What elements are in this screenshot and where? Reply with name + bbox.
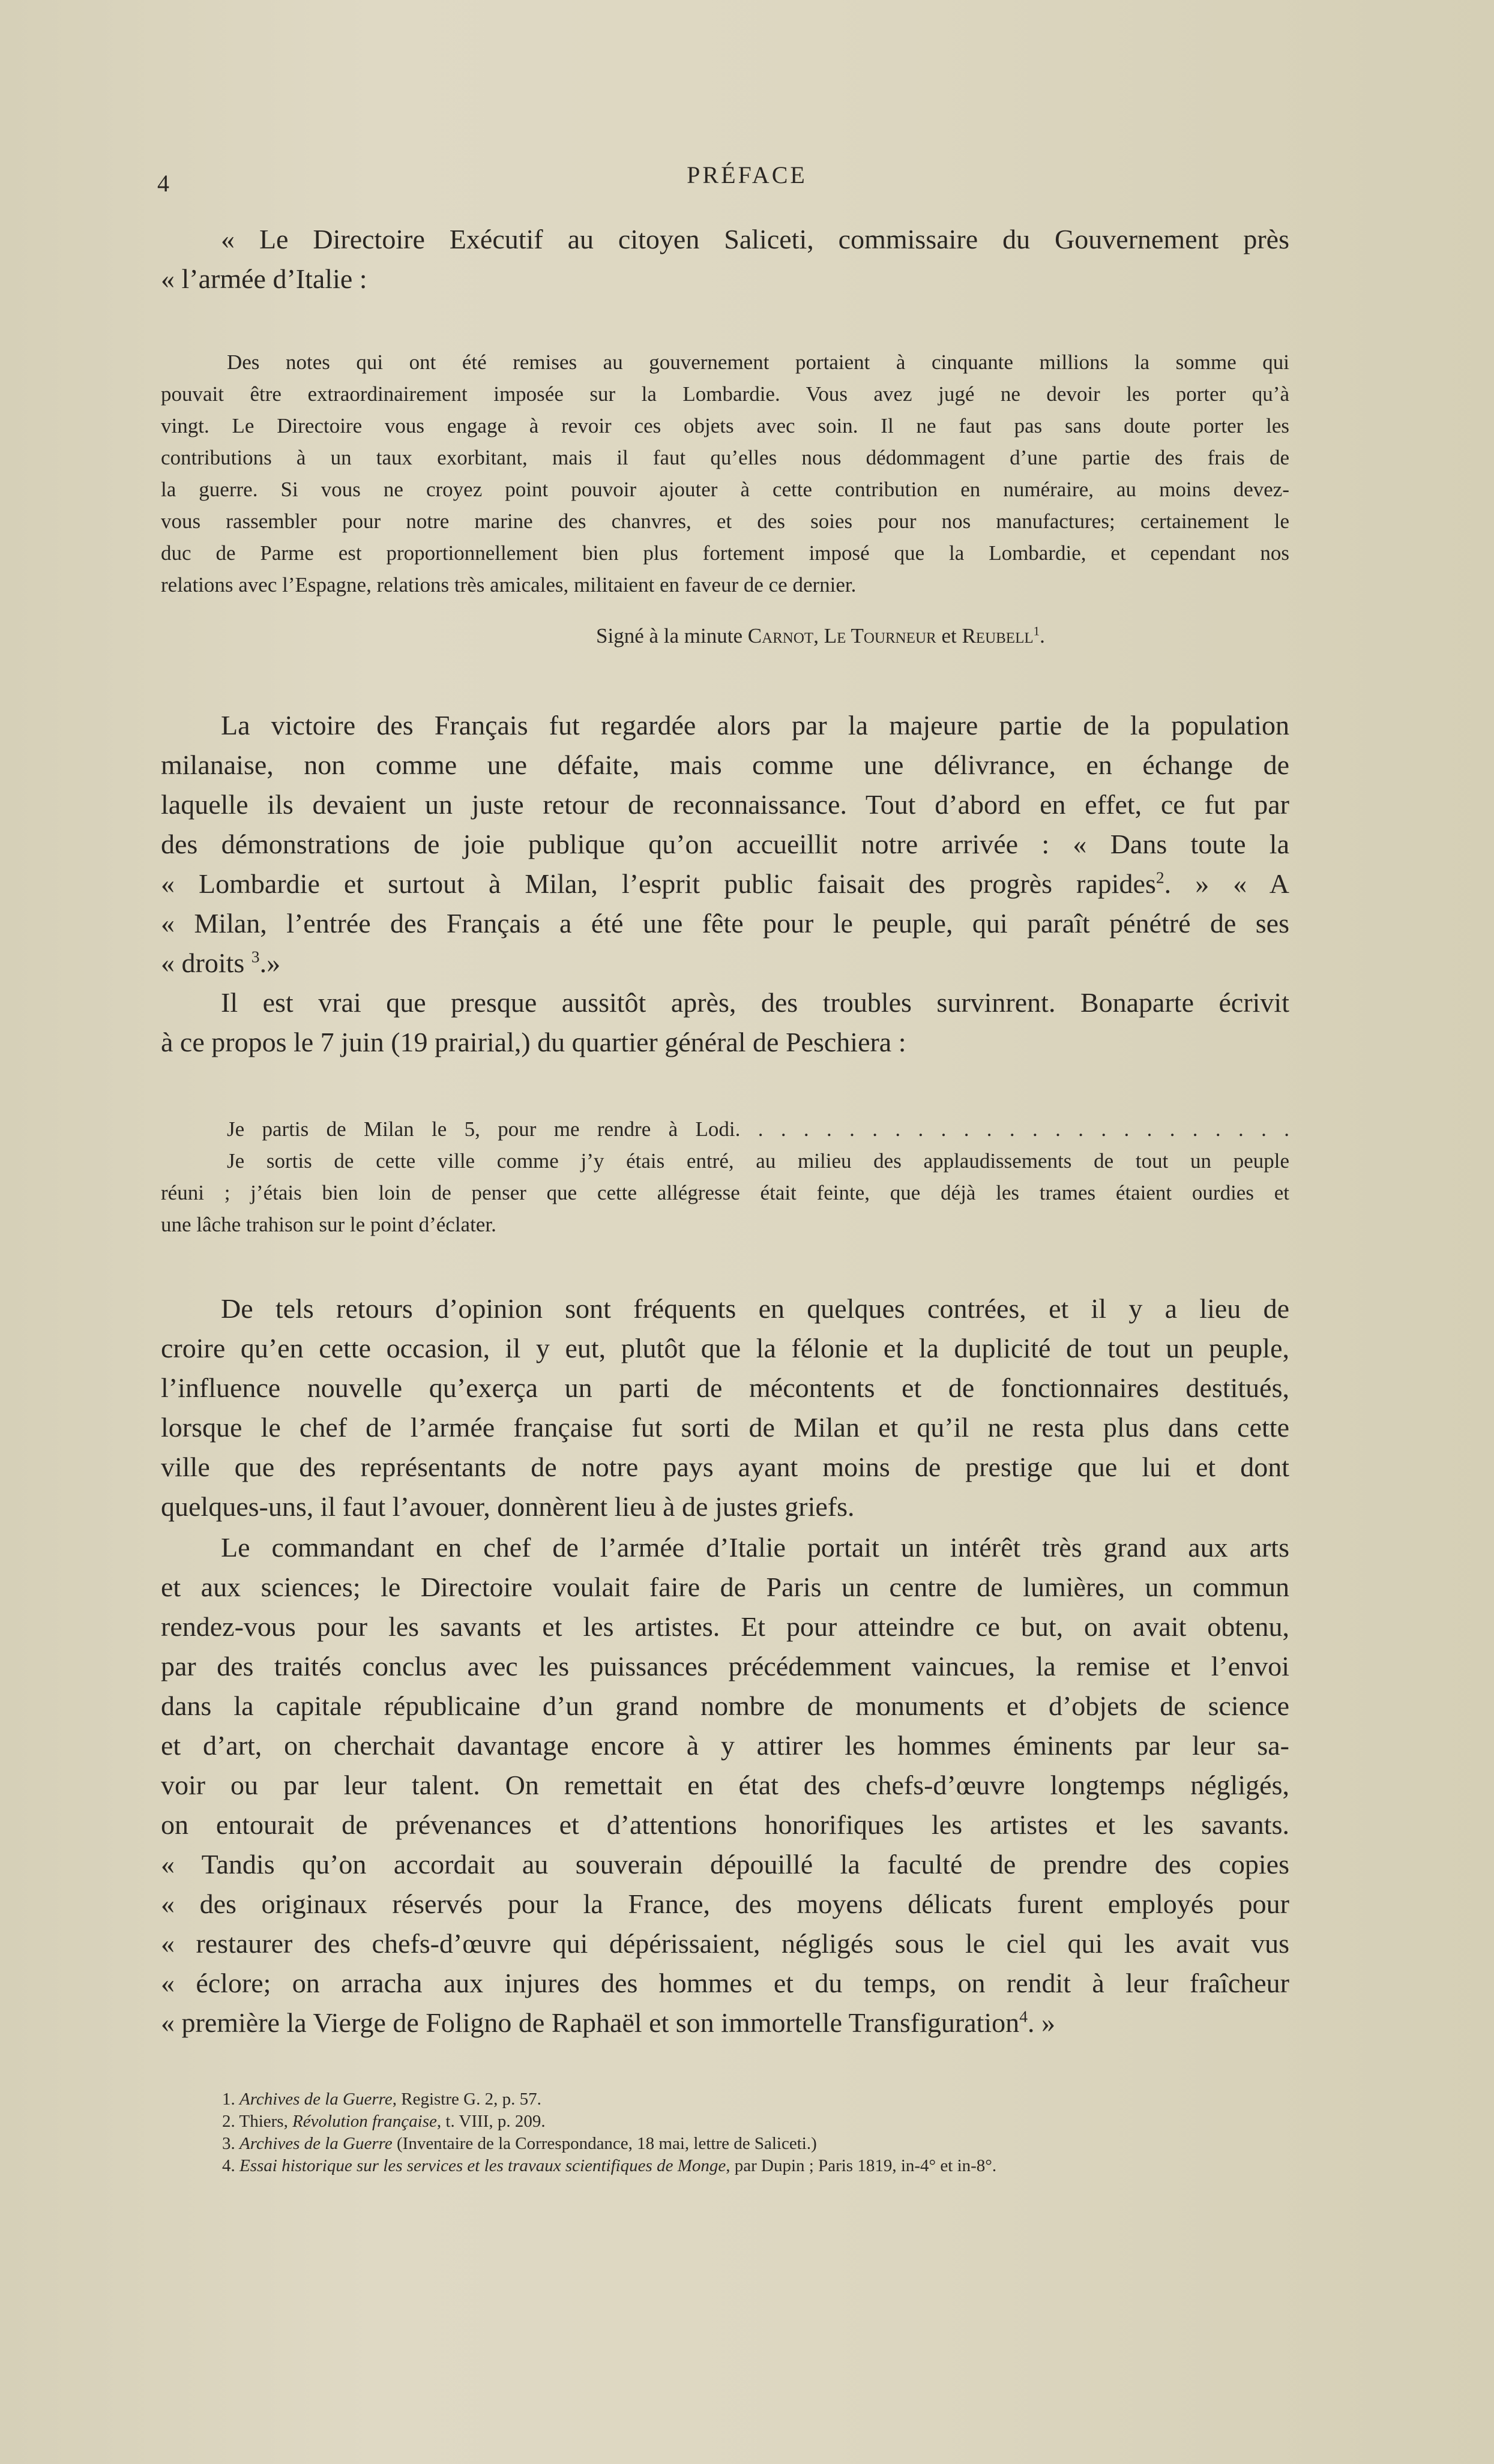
text-line: réuni ; j’étais bien loin de penser que … [161,1177,1289,1209]
directoire-letter: Des notes qui ont été remises au gouvern… [161,346,1289,601]
footnote-number: 1. [222,2090,235,2109]
footnote-ref-2[interactable]: 2 [1156,868,1164,886]
citation-author: Thiers, [239,2112,292,2131]
text-line: lorsque le chef de l’armée française fut… [161,1408,1289,1447]
text: « Lombardie et surtout à Milan, l’esprit… [161,868,1156,899]
text-line: milanaise, non comme une défaite, mais c… [161,745,1289,785]
text-line: croire qu’en cette occasion, il y eut, p… [161,1329,1289,1368]
text: .» [260,948,281,978]
citation-detail: , Registre G. 2, p. 57. [393,2090,541,2109]
text-line: rendez-vous pour les savants et les arti… [161,1607,1289,1647]
footnote-ref-1[interactable]: 1 [1034,624,1040,638]
text-line: laquelle ils devaient un juste retour de… [161,785,1289,825]
text-line: contributions à un taux exorbitant, mais… [161,442,1289,473]
text-line: Des notes qui ont été remises au gouvern… [161,346,1289,378]
text-line: « première la Vierge de Foligno de Rapha… [161,2003,1289,2043]
signatory-le-tourneur: Le Tourneur [824,624,936,648]
text-line: Le commandant en chef de l’armée d’Itali… [161,1528,1289,1567]
text-line: Je partis de Milan le 5, pour me rendre … [161,1113,1289,1145]
text-line: relations avec l’Espagne, relations très… [161,569,1289,601]
text-line: des démonstrations de joie publique qu’o… [161,825,1289,864]
text-line: « Tandis qu’on accordait au souverain dé… [161,1845,1289,1884]
text-line: l’influence nouvelle qu’exerça un parti … [161,1368,1289,1408]
text-line: « Lombardie et surtout à Milan, l’esprit… [161,864,1289,904]
running-title: PRÉFACE [0,161,1494,189]
intro-quote: « Le Directoire Exécutif au citoyen Sali… [161,220,1289,299]
citation-title: Essai historique sur les services et les… [239,2156,726,2175]
citation-detail: , t. VIII, p. 209. [437,2112,546,2131]
text-line: par des traités conclus avec les puissan… [161,1647,1289,1686]
text-line: De tels retours d’opinion sont fréquents… [161,1289,1289,1329]
text-line: pouvait être extraordinairement imposée … [161,378,1289,410]
text: . » [1028,2007,1055,2038]
letter-signature: Signé à la minute Carnot, Le Tourneur et… [596,624,1045,648]
text-line: « des originaux réservés pour la France,… [161,1884,1289,1924]
footnote-ref-3[interactable]: 3 [252,947,260,966]
text-line: quelques-uns, il faut l’avouer, donnèren… [161,1487,1289,1527]
text-line: duc de Parme est proportionnellement bie… [161,537,1289,569]
text-line: Je sortis de cette ville comme j’y étais… [161,1145,1289,1177]
text-line: à ce propos le 7 juin (19 prairial,) du … [161,1023,1289,1062]
text-line: vous rassembler pour notre marine des ch… [161,505,1289,537]
text-line: « restaurer des chefs-d’œuvre qui dépéri… [161,1924,1289,1964]
citation-title: Archives de la Guerre [239,2090,393,2109]
text-line: la guerre. Si vous ne croyez point pouvo… [161,473,1289,505]
text-line: dans la capitale républicaine d’un grand… [161,1686,1289,1726]
footnote-3: 3. Archives de la Guerre (Inventaire de … [222,2133,1303,2155]
text-line: ville que des représentants de notre pay… [161,1447,1289,1487]
text-line: et d’art, on cherchait davantage encore … [161,1726,1289,1765]
signatory-reubell: Reubell [962,624,1033,648]
text-line: « l’armée d’Italie : [161,259,1289,299]
text: « droits [161,948,252,978]
text-line: vingt. Le Directoire vous engage à revoi… [161,410,1289,442]
text: . » « A [1164,868,1289,899]
footnote-1: 1. Archives de la Guerre, Registre G. 2,… [222,2088,1303,2111]
signature-prefix: Signé à la minute [596,624,748,648]
text-line: « Le Directoire Exécutif au citoyen Sali… [161,220,1289,259]
text: « première la Vierge de Foligno de Rapha… [161,2007,1019,2038]
paragraph-troubles: Il est vrai que presque aussitôt après, … [161,983,1289,1062]
bonaparte-quote: Je partis de Milan le 5, pour me rendre … [161,1113,1289,1240]
citation-detail: , par Dupin ; Paris 1819, in-4° et in-8°… [726,2156,996,2175]
footnote-ref-4[interactable]: 4 [1019,2007,1028,2025]
paragraph-victoire: La victoire des Français fut regardée al… [161,706,1289,983]
citation-title: Archives de la Guerre [239,2134,393,2153]
text-line: Il est vrai que presque aussitôt après, … [161,983,1289,1023]
signatory-carnot: Carnot [748,624,813,648]
footnotes: 1. Archives de la Guerre, Registre G. 2,… [222,2088,1303,2177]
footnote-4: 4. Essai historique sur les services et … [222,2155,1303,2177]
text-line: et aux sciences; le Directoire voulait f… [161,1567,1289,1607]
footnote-number: 2. [222,2112,235,2131]
paragraph-opinion: De tels retours d’opinion sont fréquents… [161,1289,1289,1527]
paragraph-arts: Le commandant en chef de l’armée d’Itali… [161,1528,1289,2043]
text-line: une lâche trahison sur le point d’éclate… [161,1209,1289,1240]
footnote-number: 4. [222,2156,235,2175]
text-line: « droits 3.» [161,943,1289,983]
text-line: voir ou par leur talent. On remettait en… [161,1765,1289,1805]
footnote-number: 3. [222,2134,235,2153]
text-line: « éclore; on arracha aux injures des hom… [161,1964,1289,2003]
period: . [1040,624,1045,648]
text-line: « Milan, l’entrée des Français a été une… [161,904,1289,943]
separator: , [813,624,824,648]
citation-title: Révolution française [292,2112,437,2131]
text-line: La victoire des Français fut regardée al… [161,706,1289,745]
text-line: on entourait de prévenances et d’attenti… [161,1805,1289,1845]
footnote-2: 2. Thiers, Révolution française, t. VIII… [222,2111,1303,2133]
citation-detail: (Inventaire de la Correspondance, 18 mai… [393,2134,817,2153]
separator: et [936,624,962,648]
